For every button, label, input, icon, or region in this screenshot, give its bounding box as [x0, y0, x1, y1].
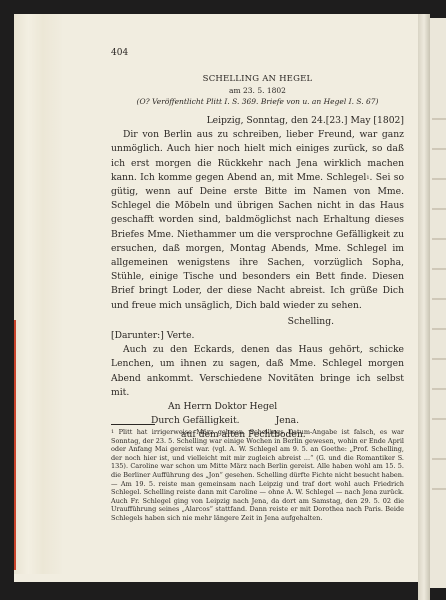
ghost-text: [432, 328, 446, 330]
place-date-line: Leipzig, Sonntag, den 24.[23.] May [1802…: [111, 114, 404, 128]
ghost-text: [432, 238, 446, 240]
letter-paragraph: Dir von Berlin aus zu schreiben, lieber …: [111, 128, 404, 313]
address-delivery: Durch Gefälligkeit.: [151, 415, 240, 426]
ghost-text: [432, 178, 446, 180]
address-line-2: Durch Gefälligkeit.Jena.: [111, 414, 404, 428]
page-edges: [14, 14, 62, 574]
ghost-text: [432, 388, 446, 390]
letter-body: Leipzig, Sonntag, den 24.[23.] May [1802…: [111, 114, 404, 443]
book-gutter: [418, 14, 430, 600]
ghost-text: [432, 118, 446, 120]
ghost-text: [432, 358, 446, 360]
ghost-text: [432, 488, 446, 490]
facing-page: [430, 18, 446, 588]
ghost-text: [432, 208, 446, 210]
postscript-label: [Darunter:] Verte.: [111, 329, 404, 343]
ghost-text: [432, 418, 446, 420]
red-page-edge: [14, 320, 16, 570]
footnote-rule: [111, 424, 155, 425]
address-line-1: An Herrn Doktor Hegel: [111, 400, 404, 414]
ghost-text: [432, 268, 446, 270]
letter-title: SCHELLING AN HEGEL: [111, 74, 404, 84]
footnote: 1 Plitt hat irrigerweise März gelesen. S…: [111, 428, 404, 523]
address-city: Jena.: [276, 415, 299, 426]
footnote-text: Plitt hat irrigerweise März gelesen. Sch…: [111, 428, 404, 522]
ghost-text: [432, 458, 446, 460]
postscript: Auch zu den Eckards, denen das Haus gehö…: [111, 343, 404, 400]
page-number: 404: [111, 48, 128, 58]
letter-source: (O? Veröffentlicht Plitt I. S. 369. Brie…: [111, 97, 404, 106]
paragraph-text: Dir von Berlin aus zu schreiben, lieber …: [111, 129, 404, 183]
ghost-text: [432, 298, 446, 300]
ghost-text: [432, 148, 446, 150]
signature: Schelling.: [111, 315, 404, 329]
letter-date: am 23. 5. 1802: [111, 86, 404, 95]
paragraph-text: . Sei so gütig, wenn auf Deine erste Bit…: [111, 172, 404, 311]
